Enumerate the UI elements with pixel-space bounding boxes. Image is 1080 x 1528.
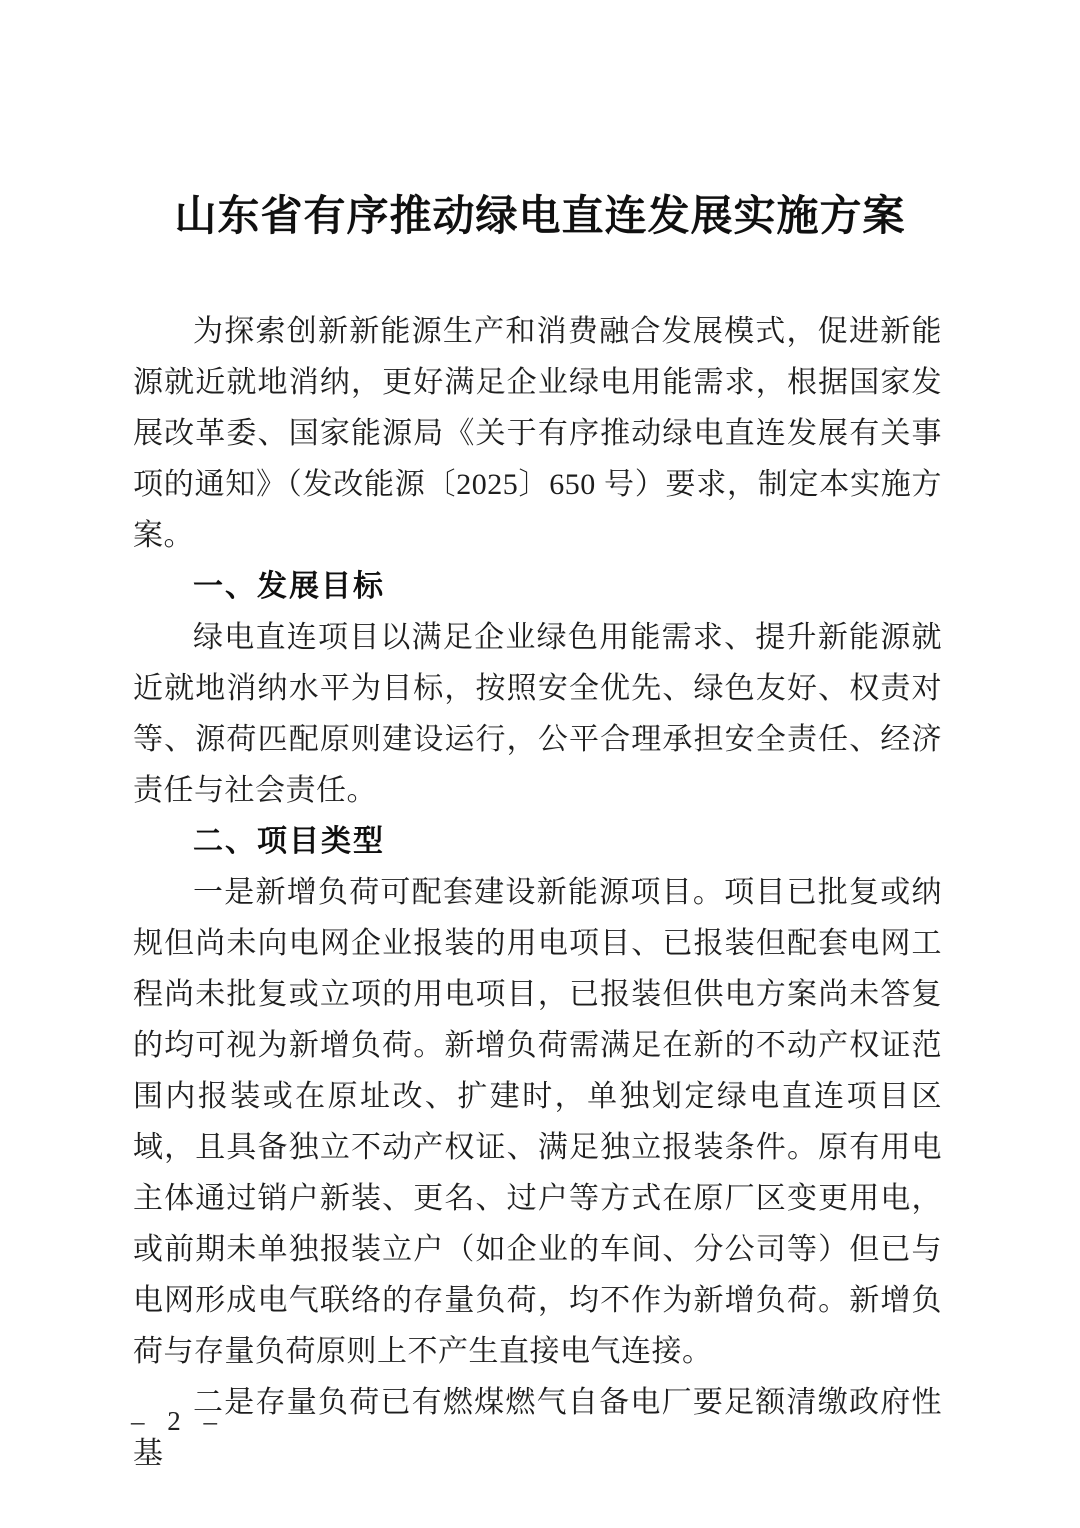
section-heading-project-types: 二、项目类型 xyxy=(133,816,942,867)
section-heading-development-goals: 一、发展目标 xyxy=(133,561,942,612)
paragraph-development-goals: 绿电直连项目以满足企业绿色用能需求、提升新能源就近就地消纳水平为目标，按照安全优… xyxy=(133,612,942,816)
page-number: – 2 – xyxy=(131,1406,225,1436)
paragraph-project-type-two: 二是存量负荷已有燃煤燃气自备电厂要足额清缴政府性基 xyxy=(133,1377,942,1479)
document-page: 山东省有序推动绿电直连发展实施方案 为探索创新新能源生产和消费融合发展模式，促进… xyxy=(0,0,1080,1528)
paragraph-intro: 为探索创新新能源生产和消费融合发展模式，促进新能源就近就地消纳，更好满足企业绿电… xyxy=(133,306,942,561)
paragraph-project-type-one: 一是新增负荷可配套建设新能源项目。项目已批复或纳规但尚未向电网企业报装的用电项目… xyxy=(133,867,942,1377)
document-title: 山东省有序推动绿电直连发展实施方案 xyxy=(0,0,1080,242)
document-body: 为探索创新新能源生产和消费融合发展模式，促进新能源就近就地消纳，更好满足企业绿电… xyxy=(133,306,942,1479)
